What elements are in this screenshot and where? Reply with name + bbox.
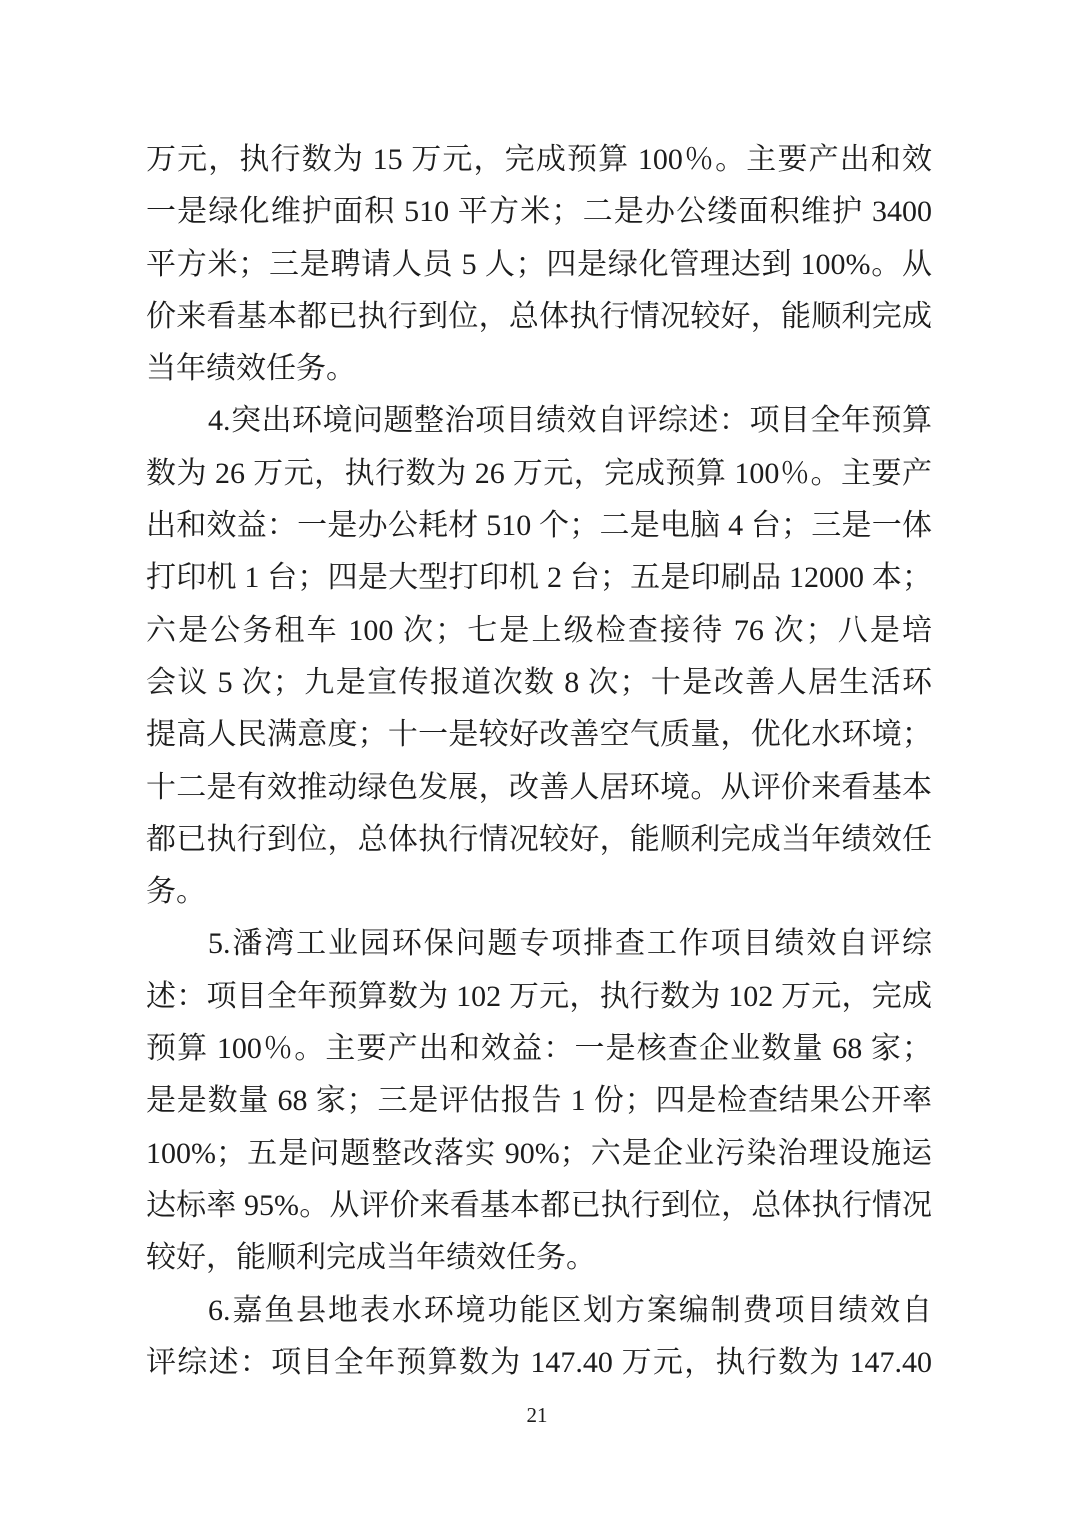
text-line: 提高人民满意度；十一是较好改善空气质量，优化水环境； [146,709,932,761]
text-line: 6.嘉鱼县地表水环境功能区划方案编制费项目绩效自 [146,1285,932,1337]
text-line: 当年绩效任务。 [146,343,932,395]
text-line: 100%；五是问题整改落实 90%；六是企业污染治理设施运行 [146,1128,932,1180]
text-line: 出和效益：一是办公耗材 510 个；二是电脑 4 台；三是一体 [146,500,932,552]
text-line: 一是绿化维护面积 510 平方米；二是办公缕面积维护 3400 [146,186,932,238]
text-line: 平方米；三是聘请人员 5 人；四是绿化管理达到 100%。从评 [146,239,932,291]
text-line: 预算 100％。主要产出和效益：一是核查企业数量 68 家；二 [146,1023,932,1075]
text-line: 评综述：项目全年预算数为 147.40 万元，执行数为 147.40 [146,1337,932,1389]
text-line: 达标率 95%。从评价来看基本都已执行到位，总体执行情况 [146,1180,932,1232]
text-line: 较好，能顺利完成当年绩效任务。 [146,1232,932,1284]
text-line: 数为 26 万元，执行数为 26 万元，完成预算 100％。主要产 [146,448,932,500]
text-line: 是是数量 68 家；三是评估报告 1 份；四是检查结果公开率 [146,1075,932,1127]
document-body: 万元，执行数为 15 万元，完成预算 100％。主要产出和效益：一是绿化维护面积… [146,134,932,1389]
document-page: 万元，执行数为 15 万元，完成预算 100％。主要产出和效益：一是绿化维护面积… [0,0,1074,1520]
text-line: 价来看基本都已执行到位，总体执行情况较好，能顺利完成 [146,291,932,343]
text-line: 务。 [146,866,932,918]
text-line: 万元，执行数为 15 万元，完成预算 100％。主要产出和效益： [146,134,932,186]
text-line: 4.突出环境问题整治项目绩效自评综述：项目全年预算 [146,395,932,447]
text-line: 会议 5 次；九是宣传报道次数 8 次；十是改善人居生活环境， [146,657,932,709]
text-line: 打印机 1 台；四是大型打印机 2 台；五是印刷品 12000 本； [146,552,932,604]
page-number: 21 [0,1402,1074,1428]
text-line: 5.潘湾工业园环保问题专项排查工作项目绩效自评综 [146,918,932,970]
text-line: 述：项目全年预算数为 102 万元，执行数为 102 万元，完成 [146,971,932,1023]
text-line: 六是公务租车 100 次；七是上级检查接待 76 次；八是培训、 [146,605,932,657]
text-line: 十二是有效推动绿色发展，改善人居环境。从评价来看基本 [146,762,932,814]
text-line: 都已执行到位，总体执行情况较好，能顺利完成当年绩效任 [146,814,932,866]
